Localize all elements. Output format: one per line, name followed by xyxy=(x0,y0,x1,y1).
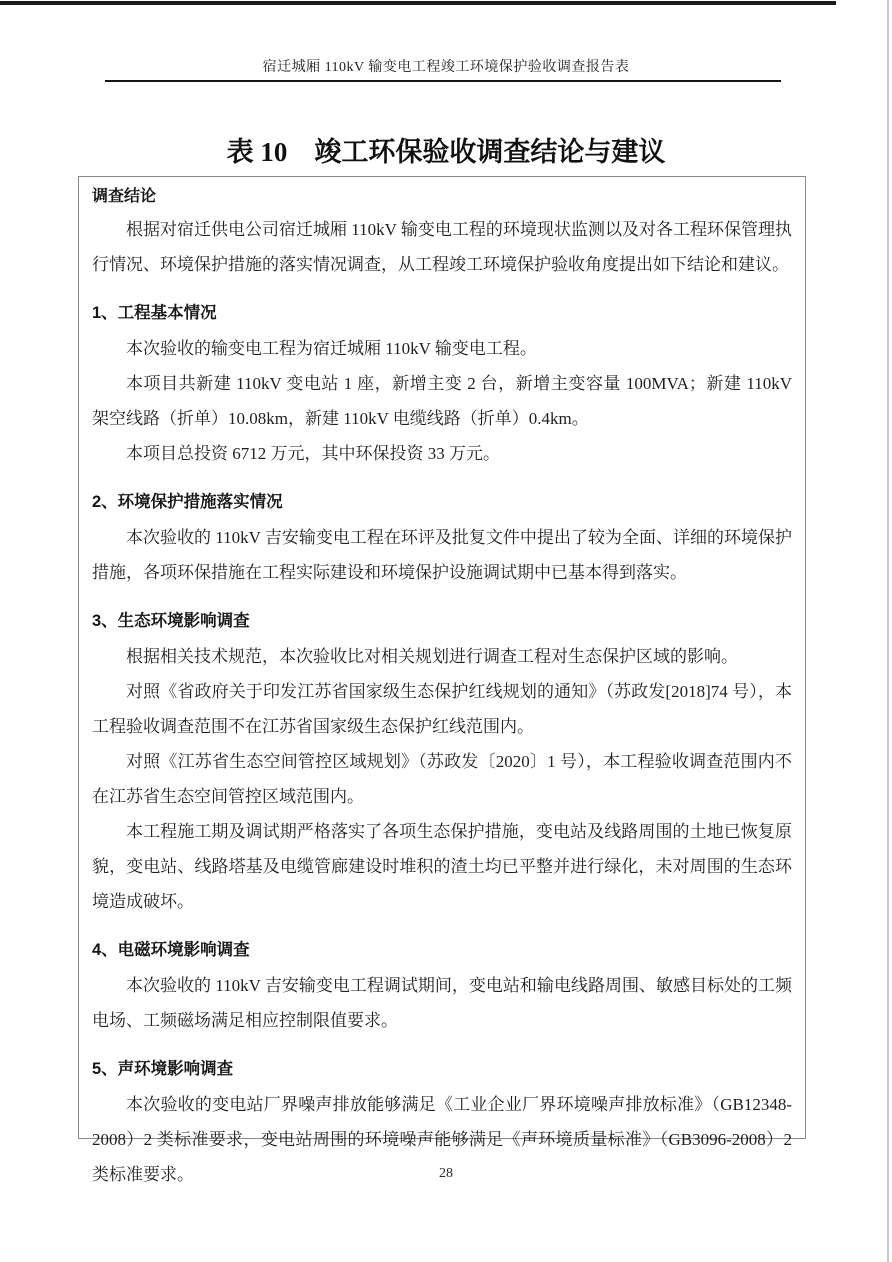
section-5-heading: 5、声环境影响调查 xyxy=(92,1052,792,1087)
section-3-paragraph: 对照《江苏省生态空间管控区域规划》（苏政发〔2020〕1 号），本工程验收调查范… xyxy=(92,744,792,814)
scan-top-bar xyxy=(0,1,836,5)
section-1-paragraph: 本项目共新建 110kV 变电站 1 座，新增主变 2 台，新增主变容量 100… xyxy=(92,366,792,436)
section-1-paragraph: 本次验收的输变电工程为宿迁城厢 110kV 输变电工程。 xyxy=(92,331,792,366)
running-header: 宿迁城厢 110kV 输变电工程竣工环境保护验收调查报告表 xyxy=(0,56,892,76)
section-2-paragraph: 本次验收的 110kV 吉安输变电工程在环评及批复文件中提出了较为全面、详细的环… xyxy=(92,520,792,590)
document-page: 宿迁城厢 110kV 输变电工程竣工环境保护验收调查报告表 表 10 竣工环保验… xyxy=(0,0,892,1262)
page-title: 表 10 竣工环保验收调查结论与建议 xyxy=(0,130,892,169)
section-2-heading: 2、环境保护措施落实情况 xyxy=(92,485,792,520)
page-right-edge-line xyxy=(887,0,889,1262)
table-10-content-box: 调查结论 根据对宿迁供电公司宿迁城厢 110kV 输变电工程的环境现状监测以及对… xyxy=(78,176,806,1139)
header-rule xyxy=(105,80,781,82)
section-3-paragraph: 本工程施工期及调试期严格落实了各项生态保护措施，变电站及线路周围的土地已恢复原貌… xyxy=(92,814,792,919)
section-3-paragraph: 对照《省政府关于印发江苏省国家级生态保护红线规划的通知》（苏政发[2018]74… xyxy=(92,674,792,744)
section-1-paragraph: 本项目总投资 6712 万元，其中环保投资 33 万元。 xyxy=(92,436,792,471)
section-4-paragraph: 本次验收的 110kV 吉安输变电工程调试期间，变电站和输电线路周围、敏感目标处… xyxy=(92,968,792,1038)
page-number: 28 xyxy=(0,1166,892,1182)
section-3-heading: 3、生态环境影响调查 xyxy=(92,604,792,639)
section-1-heading: 1、工程基本情况 xyxy=(92,296,792,331)
section-3-paragraph: 根据相关技术规范，本次验收比对相关规划进行调查工程对生态保护区域的影响。 xyxy=(92,639,792,674)
intro-paragraph: 根据对宿迁供电公司宿迁城厢 110kV 输变电工程的环境现状监测以及对各工程环保… xyxy=(92,212,792,282)
section-4-heading: 4、电磁环境影响调查 xyxy=(92,933,792,968)
conclusion-label: 调查结论 xyxy=(92,182,792,212)
